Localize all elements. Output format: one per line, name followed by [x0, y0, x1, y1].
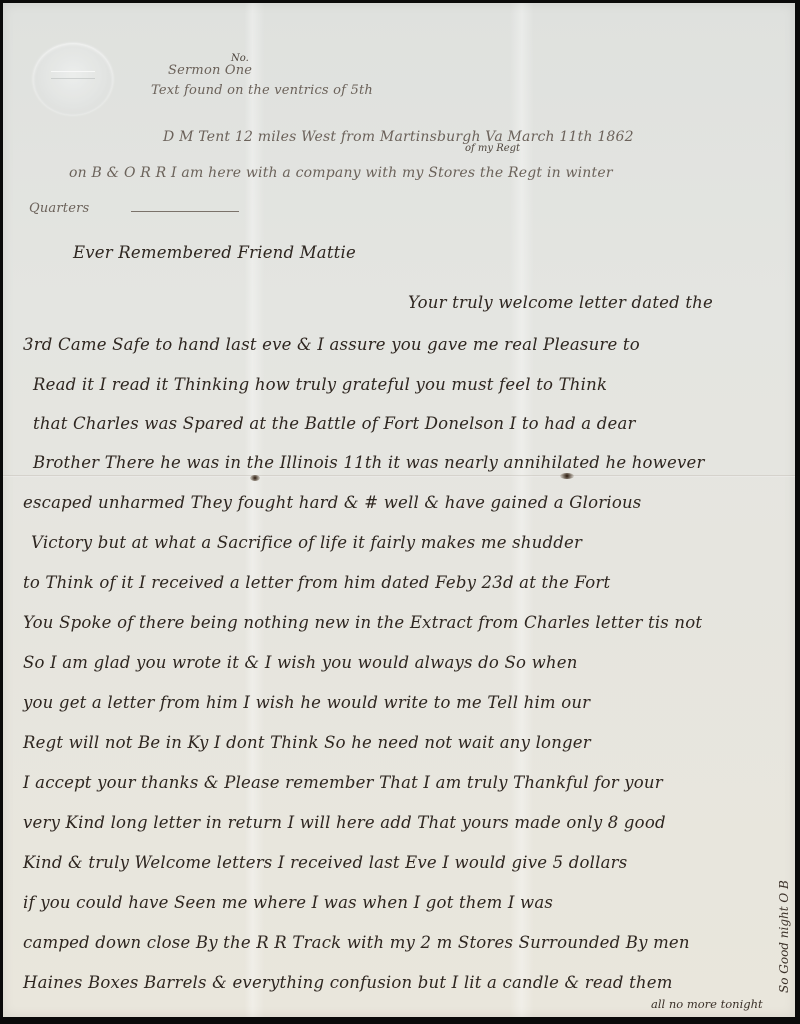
- body-line: that Charles was Spared at the Battle of…: [33, 414, 636, 433]
- location-date-line: D M Tent 12 miles West from Martinsburgh…: [163, 129, 634, 145]
- body-line: to Think of it I received a letter from …: [23, 573, 610, 592]
- salutation: Ever Remembered Friend Mattie: [73, 243, 356, 262]
- embossed-stationery-seal: [33, 43, 113, 115]
- header-note-line-2: Text found on the ventrics of 5th: [151, 83, 373, 98]
- body-line: escaped unharmed They fought hard & # we…: [23, 493, 641, 512]
- bottom-postscript: all no more tonight: [651, 997, 763, 1011]
- flourish-dash: [131, 211, 239, 212]
- body-line: So I am glad you wrote it & I wish you w…: [23, 653, 578, 672]
- body-line: Read it I read it Thinking how truly gra…: [33, 375, 607, 394]
- body-line: Brother There he was in the Illinois 11t…: [33, 453, 705, 472]
- body-line: Regt will not Be in Ky I dont Think So h…: [23, 733, 591, 752]
- body-line: Haines Boxes Barrels & everything confus…: [23, 973, 673, 992]
- location-line-3: Quarters: [29, 201, 89, 216]
- body-line: 3rd Came Safe to hand last eve & I assur…: [23, 335, 640, 354]
- header-note-line-1: Sermon One: [168, 63, 252, 78]
- margin-note-vertical: So Good night O B: [777, 880, 791, 993]
- fold-wear-mark: [560, 473, 574, 479]
- body-line: camped down close By the R R Track with …: [23, 933, 690, 952]
- location-line-2: on B & O R R I am here with a company wi…: [69, 165, 613, 181]
- body-line: if you could have Seen me where I was wh…: [23, 893, 553, 912]
- body-line: Your truly welcome letter dated the: [408, 293, 713, 312]
- body-line: Victory but at what a Sacrifice of life …: [31, 533, 582, 552]
- insertion-superscript: of my Regt: [465, 143, 520, 154]
- body-line: Kind & truly Welcome letters I received …: [23, 853, 627, 872]
- body-line: you get a letter from him I wish he woul…: [23, 693, 590, 712]
- body-line: very Kind long letter in return I will h…: [23, 813, 666, 832]
- fold-wear-mark: [250, 475, 260, 481]
- body-line: I accept your thanks & Please remember T…: [23, 773, 663, 792]
- paper-fold-crease: [3, 475, 795, 477]
- body-line: You Spoke of there being nothing new in …: [23, 613, 702, 632]
- letter-page: No. Sermon One Text found on the ventric…: [3, 3, 795, 1017]
